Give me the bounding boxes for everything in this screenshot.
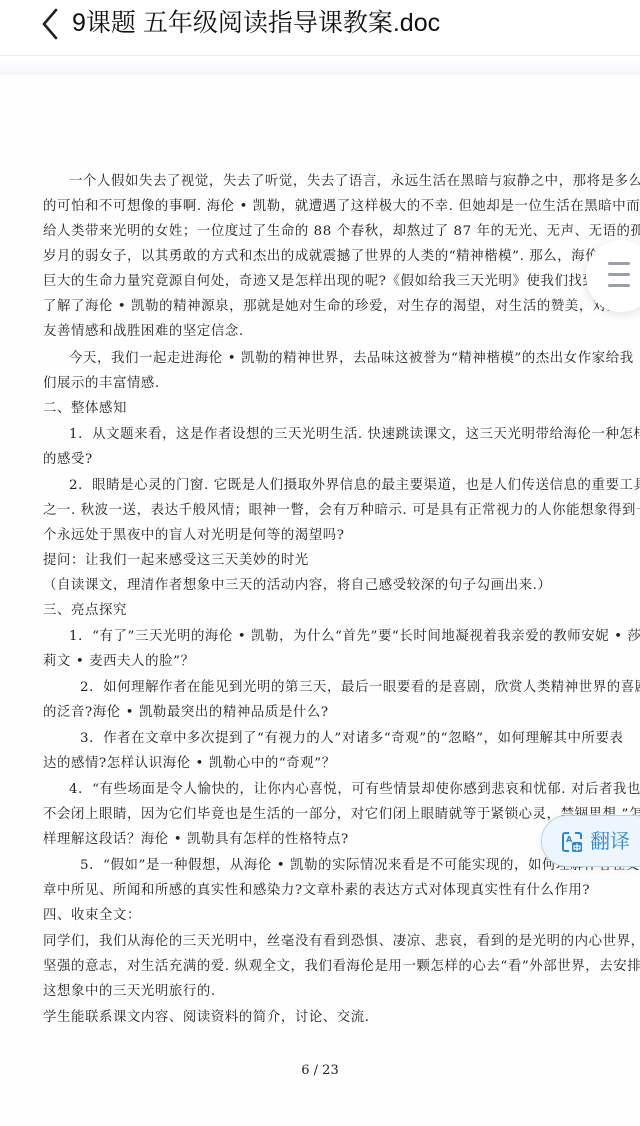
document-line: 2．眼睛是心灵的门窗. 它既是人们摄取外界信息的最主要渠道，也是人们传送信息的重… <box>69 476 640 496</box>
toolbar-divider <box>0 57 640 75</box>
document-line: 之一. 秋波一送，表达千般风情；眼神一瞥，会有万种暗示. 可是具有正常视力的人你… <box>43 501 640 521</box>
document-line: 巨大的生命力量究竟源自何处，奇迹又是怎样出现的呢?《假如给我三天光明》使我们找到… <box>43 272 624 292</box>
document-line: 的泛音?海伦 • 凯勒最突出的精神品质是什么? <box>43 703 329 723</box>
document-line: 三、亮点探究 <box>43 601 127 621</box>
document-line: 二、整体感知 <box>43 399 127 419</box>
document-line: 1．“有了”三天光明的海伦 • 凯勒，为什么“首先”要“长时间地凝视着我亲爱的教… <box>69 627 640 647</box>
chevron-left-icon <box>36 4 66 44</box>
document-line: 同学们，我们从海伦的三天光明中，丝毫没有看到恐惧、凄凉、悲哀，看到的是光明的内心… <box>43 932 640 952</box>
translate-icon: A <box>560 830 584 854</box>
document-line: 4．“有些场面是令人愉快的，让你内心喜悦，可有些情景却使你感到悲哀和忧郁. 对后… <box>69 780 640 800</box>
svg-text:A: A <box>566 835 573 844</box>
document-line: 章中所见、所闻和所感的真实性和感染力?文章朴素的表达方式对体现真实性有什么作用? <box>43 881 590 901</box>
page-indicator: 6 / 23 <box>0 1063 640 1078</box>
document-line: 今天，我们一起走进海伦 • 凯勒的精神世界，去品味这被誉为“精神楷模”的杰出女作… <box>69 349 634 369</box>
document-line: 莉文 • 麦西夫人的脸”？ <box>43 652 195 672</box>
document-line: 个永远处于黑夜中的盲人对光明是何等的渴望吗? <box>43 526 345 546</box>
document-line: 提问：让我们一起来感受这三天美妙的时光 <box>43 551 309 571</box>
document-line: （自读课文，理清作者想象中三天的活动内容，将自己感受较深的句子勾画出来.） <box>43 576 552 596</box>
document-line: 四、收束全文： <box>43 906 141 926</box>
translate-label: 翻译 <box>590 826 630 856</box>
document-title: 9课题 五年级阅读指导课教案.doc <box>72 6 440 40</box>
document-line: 样理解这段话？海伦 • 凯勒具有怎样的性格特点? <box>43 830 349 850</box>
document-line: 友善情感和战胜困难的坚定信念. <box>43 322 244 342</box>
back-button[interactable] <box>36 4 66 44</box>
document-line: 3．作者在文章中多次提到了“有视力的人”对诸多“奇观”的“忽略”，如何理解其中所… <box>80 729 623 749</box>
document-line: 坚强的意志，对生活充满的爱. 纵观全文，我们看海伦是用一颗怎样的心去“看”外部世… <box>43 957 640 977</box>
translate-button[interactable]: A 翻译 <box>541 815 640 867</box>
document-line: 给人类带来光明的女姓；一位度过了生命的 88 个春秋，却熬过了 87 年的无光、… <box>43 222 640 242</box>
document-line: 2．如何理解作者在能见到光明的第三天，最后一眼要看的是喜剧，欣赏人类精神世界的喜… <box>80 678 640 698</box>
document-line: 学生能联系课文内容、阅读资料的简介，讨论、交流. <box>43 1008 370 1028</box>
document-line: 岁月的弱女子，以其勇敢的方式和杰出的成就震撼了世界的人类的“精神楷模”. 那么，… <box>43 247 640 267</box>
document-line: 1．从文题来看，这是作者设想的三天光明生活. 快速跳读课文，这三天光明带给海伦一… <box>69 425 640 445</box>
document-line: 一个人假如失去了视觉，失去了听觉，失去了语言，永远生活在黑暗与寂静之中，那将是多… <box>69 172 640 192</box>
document-line: 们展示的丰富情感. <box>43 374 160 394</box>
top-bar: 9课题 五年级阅读指导课教案.doc <box>0 0 640 56</box>
document-line: 的感受? <box>43 450 93 470</box>
document-line: 的可怕和不可想像的事啊. 海伦 • 凯勒，就遭遇了这样极大的不幸. 但她却是一位… <box>43 197 640 217</box>
document-line: 了解了海伦 • 凯勒的精神源泉，那就是她对生命的珍爱，对生存的渴望，对生活的赞美… <box>43 297 621 317</box>
document-line: 达的感情?怎样认识海伦 • 凯勒心中的“奇观”？ <box>43 754 336 774</box>
document-line: 这想象中的三天光明旅行的. <box>43 982 216 1002</box>
